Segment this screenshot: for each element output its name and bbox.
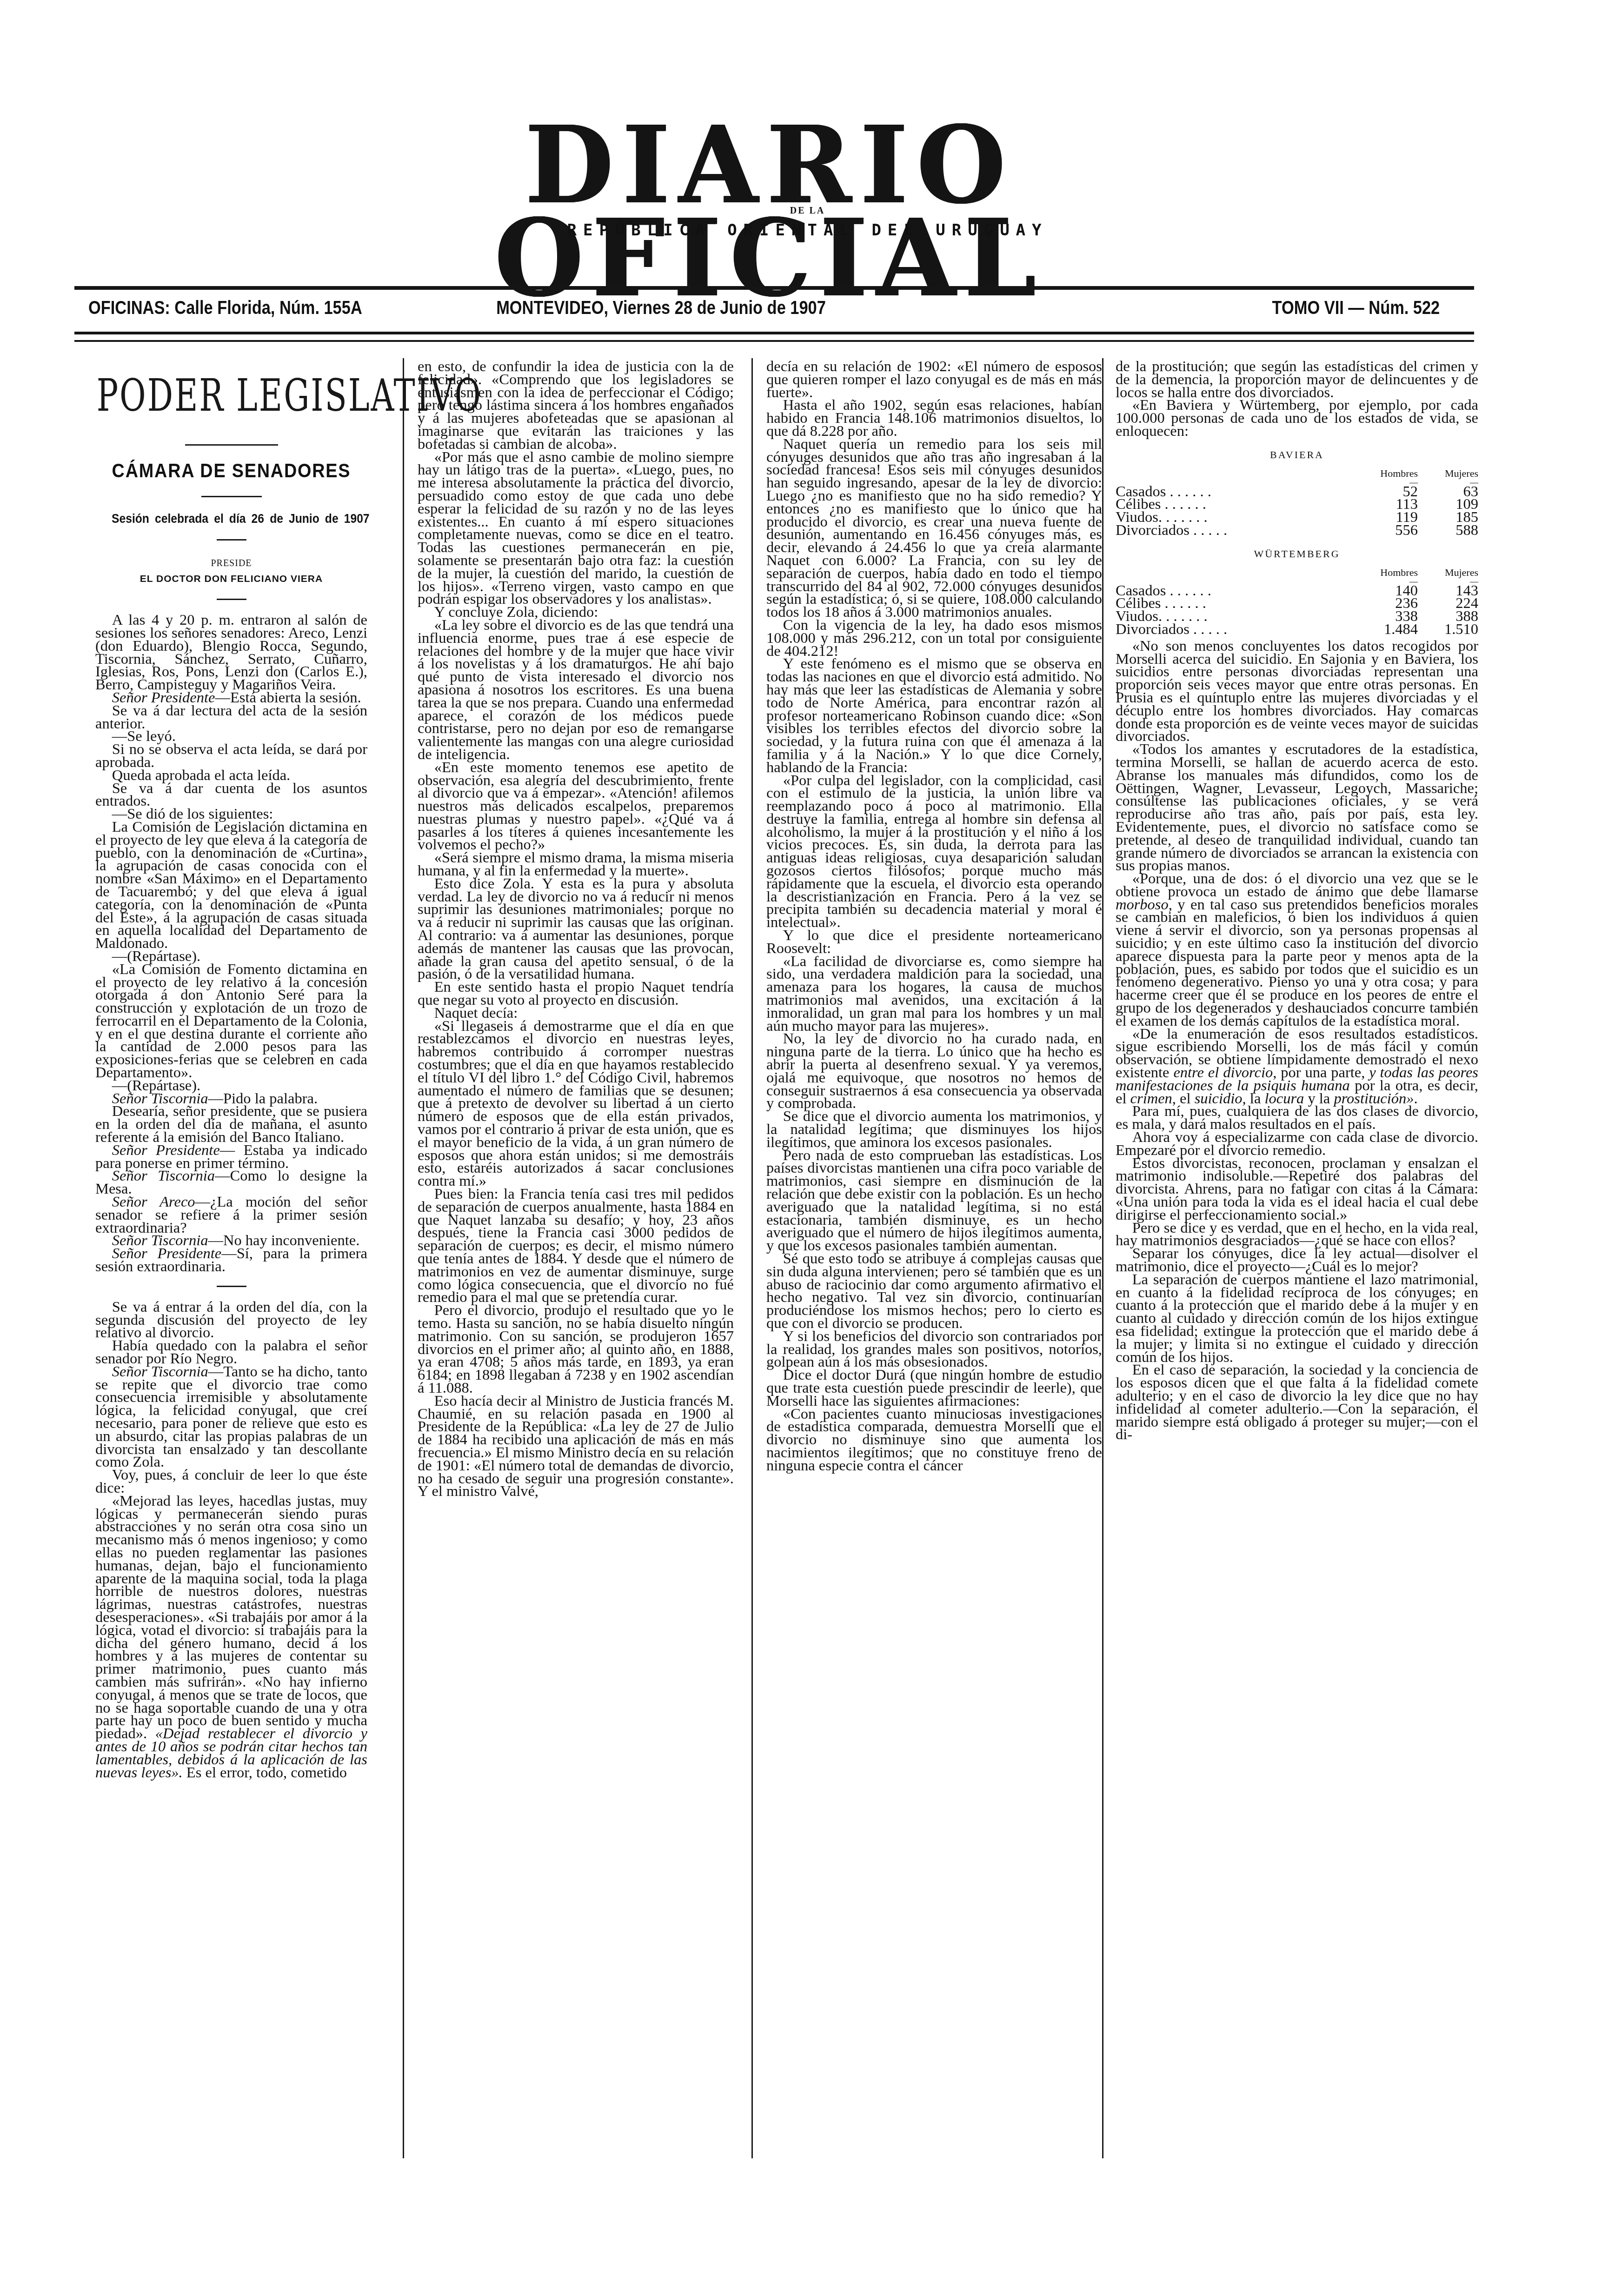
paragraph: «Por culpa del legislador, con la compli… <box>766 774 1102 930</box>
paragraph: «No son menos concluyentes los datos rec… <box>1116 640 1478 743</box>
paragraph: Señor Presidente— Estaba ya indicado par… <box>95 1144 367 1170</box>
quote-tail: Es el error, todo, cometido <box>186 1764 347 1781</box>
paragraph: A las 4 y 20 p. m. entraron al salón de … <box>95 614 367 692</box>
paragraph: «En Baviera y Würtemberg, por ejemplo, p… <box>1116 399 1478 438</box>
column-divider <box>751 358 753 2158</box>
paragraph: Pero el divorcio, produjo el resultado q… <box>418 1304 734 1395</box>
paragraph: Pero se dice y es verdad, que en el hech… <box>1116 1222 1478 1248</box>
paragraph: Se va á dar cuenta de los asuntos entrad… <box>95 782 367 808</box>
paragraph: Naquet quería un remedio para los seis m… <box>766 438 1102 619</box>
paragraph: Dice el doctor Durá (que ningún hombre d… <box>766 1369 1102 1408</box>
preside-label: PRESIDE <box>95 557 367 570</box>
paragraph: Se va á dar lectura del acta de la sesió… <box>95 705 367 731</box>
paragraph: «Mejorad las leyes, hacedlas justas, muy… <box>95 1495 367 1780</box>
info-bar: OFICINAS: Calle Florida, Núm. 155A MONTE… <box>88 298 1272 318</box>
paragraph: Desearía, señor presidente, que se pusie… <box>95 1105 367 1144</box>
newspaper-subtitle: REPÚBLICA ORIENTAL DEL URUGUAY <box>0 221 1615 240</box>
paragraph: Voy, pues, á concluir de leer lo que ést… <box>95 1469 367 1495</box>
paragraph: «Si llegaseis á demostrarme que el día e… <box>418 1020 734 1188</box>
stats-table-baviera: Hombres Mujeres —— Casados . . . . . .52… <box>1116 468 1478 537</box>
chamber-heading: CÁMARA DE SENADORES <box>109 464 354 477</box>
paragraph: Pues bien: la Francia tenía casi tres mi… <box>418 1188 734 1304</box>
paragraph: Había quedado con la palabra el señor se… <box>95 1340 367 1366</box>
paragraph: Para mí, pues, cualquiera de las dos cla… <box>1116 1105 1478 1131</box>
paragraph: «La ley sobre el divorcio es de las que … <box>418 619 734 761</box>
text-span: , y en tal caso sus pretendidos benefici… <box>1116 896 1478 1029</box>
paragraph: Separar los cónyuges, dice la ley actual… <box>1116 1248 1478 1274</box>
session-date: Sesión celebrada el día 26 de Junio de 1… <box>112 512 351 525</box>
table-title-wurtemberg: WÜRTEMBERG <box>1116 547 1478 561</box>
paragraph: «Con pacientes cuanto minuciosas investi… <box>766 1408 1102 1473</box>
paragraph: La Comisión de Legislación dictamina en … <box>95 821 367 950</box>
paragraph: «Porque, una de dos: ó el divorcio una v… <box>1116 873 1478 1028</box>
newspaper-title: DIARIO OFICIAL <box>281 119 1258 212</box>
paragraph: En el caso de separación, la sociedad y … <box>1116 1364 1478 1442</box>
column-3: decía en su relación de 1902: «El número… <box>766 360 1102 1473</box>
title-connector: DE LA <box>0 206 1615 216</box>
paragraph: Señor Tiscornia—Tanto se ha dicho, tanto… <box>95 1366 367 1469</box>
divider <box>185 444 278 446</box>
paragraph: «De la enumeración de esos resultados es… <box>1116 1028 1478 1106</box>
president-name: EL DOCTOR DON FELICIANO VIERA <box>95 573 367 586</box>
paragraph: Si no se observa el acta leída, se dará … <box>95 743 367 769</box>
stats-table-wurtemberg: Hombres Mujeres —— Casados . . . . . .14… <box>1116 567 1478 636</box>
divider <box>217 1286 246 1287</box>
volume-number: TOMO VII — Núm. 522 <box>1272 298 1440 318</box>
table-title-baviera: BAVIERA <box>1116 448 1478 461</box>
paragraph: «Será siempre el mismo drama, la misma m… <box>418 852 734 878</box>
dateline: MONTEVIDEO, Viernes 28 de Junio de 1907 <box>496 298 826 318</box>
table-row: Divorciados . . . . .556588 <box>1116 524 1478 537</box>
paragraph: Pero nada de esto comprueban las estadís… <box>766 1149 1102 1253</box>
paragraph: Se va á entrar á la orden del día, con l… <box>95 1301 367 1340</box>
paragraph: Con la vigencia de la ley, ha dado esos … <box>766 619 1102 658</box>
column-2: en esto, de confundir la idea de justici… <box>418 360 734 1498</box>
quote-text: «Mejorad las leyes, hacedlas justas, muy… <box>95 1493 367 1742</box>
paragraph: Hasta el año 1902, según esas relaciones… <box>766 399 1102 438</box>
paragraph: en esto, de confundir la idea de justici… <box>418 360 734 451</box>
paragraph: decía en su relación de 1902: «El número… <box>766 360 1102 399</box>
paragraph: Señor Tiscornia—Como lo designe la Mesa. <box>95 1170 367 1196</box>
section-title: PODER LEGISLATIVO <box>97 370 366 421</box>
paragraph: No, la ley de divorcio no ha curado nada… <box>766 1033 1102 1110</box>
paragraph: En este sentido hasta el propio Naquet t… <box>418 981 734 1007</box>
speech-text: —Tanto se ha dicho, tanto se repite que … <box>95 1363 367 1471</box>
text-span: «Porque, una de dos: ó el divorcio una v… <box>1116 870 1478 900</box>
divider <box>217 599 246 600</box>
paragraph: Eso hacía decir al Ministro de Justicia … <box>418 1395 734 1498</box>
paragraph: «Todos los amantes y escrutadores de la … <box>1116 743 1478 873</box>
masthead-rule-top <box>74 286 1474 290</box>
paragraph: «Por más que el asno cambie de molino si… <box>418 451 734 607</box>
column-header-women: Mujeres <box>1418 468 1478 479</box>
paragraph: de la prostitución; que según las estadí… <box>1116 360 1478 399</box>
column-header-women: Mujeres <box>1418 567 1478 578</box>
paragraph: «La Comisión de Fomento dictamina en el … <box>95 963 367 1080</box>
paragraph: Esto dice Zola. Y esta es la pura y abso… <box>418 878 734 981</box>
divider <box>217 539 246 541</box>
column-1: PODER LEGISLATIVO CÁMARA DE SENADORES Se… <box>95 360 367 1779</box>
column-header-men: Hombres <box>1357 567 1418 578</box>
column-divider <box>1102 358 1103 2158</box>
paragraph: Ahora voy á especializarme con cada clas… <box>1116 1131 1478 1157</box>
paragraph: Se dice que el divorcio aumenta los matr… <box>766 1110 1102 1149</box>
paragraph: Señor Presidente—Sí, para la primera ses… <box>95 1248 367 1274</box>
paragraph: La separación de cuerpos mantiene el laz… <box>1116 1274 1478 1364</box>
divider <box>201 496 262 497</box>
column-header-men: Hombres <box>1357 468 1418 479</box>
paragraph: Señor Areco—¿La moción del señor senador… <box>95 1196 367 1235</box>
column-4: de la prostitución; que según las estadí… <box>1116 360 1478 1442</box>
offices-address: OFICINAS: Calle Florida, Núm. 155A <box>88 298 362 318</box>
table-row: Divorciados . . . . .1.4841.510 <box>1116 623 1478 636</box>
paragraph: Y este fenómeno es el mismo que se obser… <box>766 658 1102 774</box>
paragraph: Y lo que dice el presidente norteamerica… <box>766 929 1102 955</box>
paragraph: Estos divorcistas, reconocen, proclaman … <box>1116 1157 1478 1222</box>
paragraph: «En este momento tenemos ese apetito de … <box>418 761 734 852</box>
column-divider <box>403 358 404 2158</box>
paragraph: Sé que esto todo se atribuye á complejas… <box>766 1253 1102 1330</box>
paragraph: Y si los beneficios del divorcio son con… <box>766 1330 1102 1369</box>
masthead-rule-bottom-1 <box>74 332 1474 334</box>
paragraph: «La facilidad de divorciarse es, como si… <box>766 955 1102 1033</box>
masthead-rule-bottom-2 <box>74 340 1474 342</box>
